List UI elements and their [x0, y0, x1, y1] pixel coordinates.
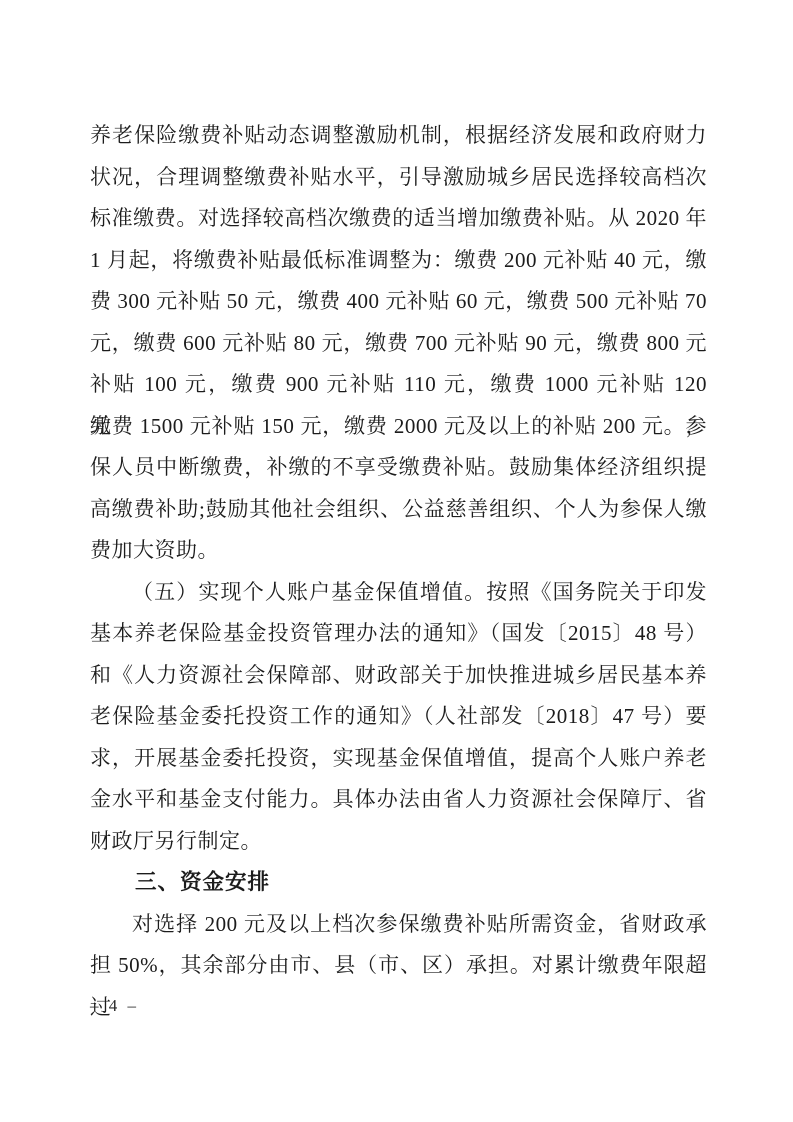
text-line: 缴费 1500 元补贴 150 元，缴费 2000 元及以上的补贴 200 元。…	[90, 406, 707, 448]
text-line: 标准缴费。对选择较高档次缴费的适当增加缴费补贴。从 2020 年	[90, 198, 707, 240]
text-line: 基本养老保险基金投资管理办法的通知》（国发〔2015〕48 号）	[90, 613, 707, 655]
text-line: 财政厅另行制定。	[90, 821, 707, 863]
text-line: 和《人力资源社会保障部、财政部关于加快推进城乡居民基本养	[90, 655, 707, 697]
page-number: – 4 –	[90, 996, 139, 1016]
section-heading-funding: 三、资金安排	[90, 862, 707, 904]
text-line: 对选择 200 元及以上档次参保缴费补贴所需资金，省财政承	[90, 904, 707, 946]
document-text-block: 养老保险缴费补贴动态调整激励机制，根据经济发展和政府财力 状况，合理调整缴费补贴…	[90, 115, 707, 987]
text-line: 费加大资助。	[90, 530, 707, 572]
text-line: 担 50%，其余部分由市、县（市、区）承担。对累计缴费年限超过	[90, 945, 707, 987]
paragraph-fund-investment: （五）实现个人账户基金保值增值。按照《国务院关于印发 基本养老保险基金投资管理办…	[90, 572, 707, 863]
document-page: { "page": { "background": "#ffffff", "te…	[0, 0, 793, 1122]
text-line: 补贴 100 元，缴费 900 元补贴 110 元，缴费 1000 元补贴 12…	[90, 364, 707, 406]
text-line: 元，缴费 600 元补贴 80 元，缴费 700 元补贴 90 元，缴费 800…	[90, 323, 707, 365]
text-line: （五）实现个人账户基金保值增值。按照《国务院关于印发	[90, 572, 707, 614]
text-line: 高缴费补助;鼓励其他社会组织、公益慈善组织、个人为参保人缴	[90, 489, 707, 531]
text-line: 老保险基金委托投资工作的通知》（人社部发〔2018〕47 号）要	[90, 696, 707, 738]
text-line: 养老保险缴费补贴动态调整激励机制，根据经济发展和政府财力	[90, 115, 707, 157]
text-line: 状况，合理调整缴费补贴水平，引导激励城乡居民选择较高档次	[90, 157, 707, 199]
text-line: 保人员中断缴费，补缴的不享受缴费补贴。鼓励集体经济组织提	[90, 447, 707, 489]
text-line: 金水平和基金支付能力。具体办法由省人力资源社会保障厅、省	[90, 779, 707, 821]
paragraph-subsidy-mechanism: 养老保险缴费补贴动态调整激励机制，根据经济发展和政府财力 状况，合理调整缴费补贴…	[90, 115, 707, 572]
text-line: 1 月起，将缴费补贴最低标准调整为：缴费 200 元补贴 40 元，缴	[90, 240, 707, 282]
text-line: 求，开展基金委托投资，实现基金保值增值，提高个人账户养老	[90, 738, 707, 780]
paragraph-funding-arrangement: 对选择 200 元及以上档次参保缴费补贴所需资金，省财政承 担 50%，其余部分…	[90, 904, 707, 987]
text-line: 费 300 元补贴 50 元，缴费 400 元补贴 60 元，缴费 500 元补…	[90, 281, 707, 323]
